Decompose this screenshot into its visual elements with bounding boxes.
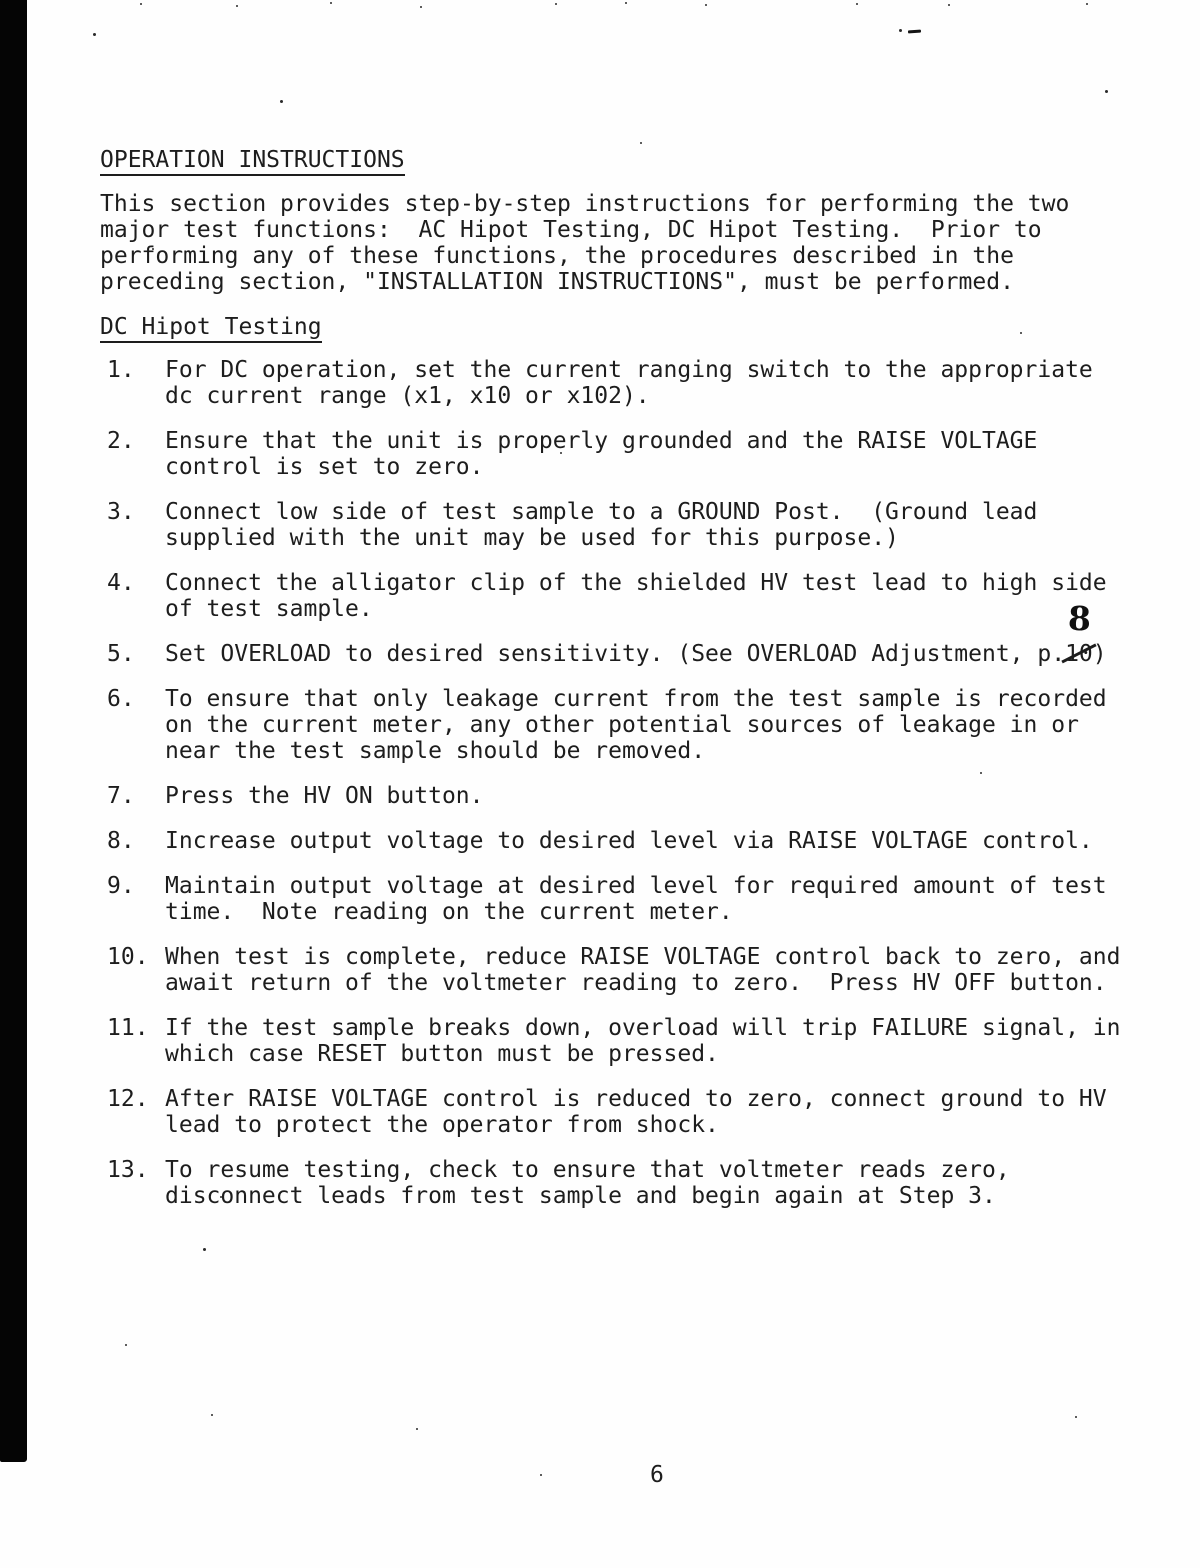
step-line: time. Note reading on the current meter. [165, 899, 1130, 925]
step-item: 8. Increase output voltage to desired le… [100, 828, 1130, 854]
step-number: 9. [100, 873, 165, 925]
step-line: control is set to zero. [165, 454, 1130, 480]
section-heading: DC Hipot Testing [100, 314, 1130, 343]
step-line-with-correction: Set OVERLOAD to desired sensitivity. (Se… [165, 641, 1130, 667]
step-text: Set OVERLOAD to desired sensitivity. (Se… [165, 641, 1130, 667]
step-line: Press the HV ON button. [165, 783, 1130, 809]
intro-paragraph: This section provides step-by-step instr… [100, 191, 1130, 295]
intro-line: performing any of these functions, the p… [100, 243, 1130, 269]
step-line: near the test sample should be removed. [165, 738, 1130, 764]
step-number: 3. [100, 499, 165, 551]
step-line: dc current range (x1, x10 or x102). [165, 383, 1130, 409]
step-line: disconnect leads from test sample and be… [165, 1183, 1130, 1209]
step-text: For DC operation, set the current rangin… [165, 357, 1130, 409]
step-item: 9. Maintain output voltage at desired le… [100, 873, 1130, 925]
step-text: Ensure that the unit is properly grounde… [165, 428, 1130, 480]
step-line: Ensure that the unit is properly grounde… [165, 428, 1130, 454]
handwritten-correction: 8 [1068, 602, 1092, 636]
step-number: 6. [100, 686, 165, 764]
scanned-document-page: { "page": { "number": "6", "paper_color"… [0, 0, 1200, 1568]
step-item: 11. If the test sample breaks down, over… [100, 1015, 1130, 1067]
struck-out-text: 108 [1065, 641, 1093, 667]
scan-artifact-left-bar [0, 0, 27, 1462]
step-line: Maintain output voltage at desired level… [165, 873, 1130, 899]
step-number: 10. [100, 944, 165, 996]
step-item: 13. To resume testing, check to ensure t… [100, 1157, 1130, 1209]
step-text: Connect low side of test sample to a GRO… [165, 499, 1130, 551]
step-item: 6. To ensure that only leakage current f… [100, 686, 1130, 764]
step-number: 1. [100, 357, 165, 409]
step-line: which case RESET button must be pressed. [165, 1041, 1130, 1067]
step-item: 12. After RAISE VOLTAGE control is reduc… [100, 1086, 1130, 1138]
step-line: on the current meter, any other potentia… [165, 712, 1130, 738]
intro-line: major test functions: AC Hipot Testing, … [100, 217, 1130, 243]
steps-list: 1. For DC operation, set the current ran… [100, 357, 1130, 1209]
step-line: After RAISE VOLTAGE control is reduced t… [165, 1086, 1130, 1112]
step-number: 11. [100, 1015, 165, 1067]
step-number: 2. [100, 428, 165, 480]
step-line: For DC operation, set the current rangin… [165, 357, 1130, 383]
step-item: 3. Connect low side of test sample to a … [100, 499, 1130, 551]
step-item: 7. Press the HV ON button. [100, 783, 1130, 809]
step-text: Maintain output voltage at desired level… [165, 873, 1130, 925]
step-item: 4. Connect the alligator clip of the shi… [100, 570, 1130, 622]
step-number: 13. [100, 1157, 165, 1209]
step-line: To ensure that only leakage current from… [165, 686, 1130, 712]
step-text: Increase output voltage to desired level… [165, 828, 1130, 854]
step-line: lead to protect the operator from shock. [165, 1112, 1130, 1138]
step-item: 10. When test is complete, reduce RAISE … [100, 944, 1130, 996]
step-number: 5. [100, 641, 165, 667]
intro-line: preceding section, "INSTALLATION INSTRUC… [100, 269, 1130, 295]
step-line: of test sample. [165, 596, 1130, 622]
step-line: Connect the alligator clip of the shield… [165, 570, 1130, 596]
step-text: When test is complete, reduce RAISE VOLT… [165, 944, 1130, 996]
page-number: 6 [650, 1462, 664, 1488]
step-text: Press the HV ON button. [165, 783, 1130, 809]
page-title-text: OPERATION INSTRUCTIONS [100, 147, 405, 176]
step-line: If the test sample breaks down, overload… [165, 1015, 1130, 1041]
step-text-prefix: Set OVERLOAD to desired sensitivity. (Se… [165, 641, 1065, 667]
step-item: 1. For DC operation, set the current ran… [100, 357, 1130, 409]
step-text: Connect the alligator clip of the shield… [165, 570, 1130, 622]
step-number: 4. [100, 570, 165, 622]
step-text: To ensure that only leakage current from… [165, 686, 1130, 764]
step-number: 8. [100, 828, 165, 854]
step-line: supplied with the unit may be used for t… [165, 525, 1130, 551]
step-item: 5. Set OVERLOAD to desired sensitivity. … [100, 641, 1130, 667]
step-item: 2. Ensure that the unit is properly grou… [100, 428, 1130, 480]
step-text: If the test sample breaks down, overload… [165, 1015, 1130, 1067]
page-title: OPERATION INSTRUCTIONS [100, 147, 1130, 176]
step-line: await return of the voltmeter reading to… [165, 970, 1130, 996]
intro-line: This section provides step-by-step instr… [100, 191, 1130, 217]
document-body: OPERATION INSTRUCTIONS This section prov… [100, 147, 1130, 1228]
step-number: 7. [100, 783, 165, 809]
step-line: When test is complete, reduce RAISE VOLT… [165, 944, 1130, 970]
step-line: To resume testing, check to ensure that … [165, 1157, 1130, 1183]
step-line: Increase output voltage to desired level… [165, 828, 1130, 854]
step-text: To resume testing, check to ensure that … [165, 1157, 1130, 1209]
step-line: Connect low side of test sample to a GRO… [165, 499, 1130, 525]
pen-dash-mark [908, 30, 921, 34]
step-text: After RAISE VOLTAGE control is reduced t… [165, 1086, 1130, 1138]
section-heading-text: DC Hipot Testing [100, 314, 322, 343]
step-number: 12. [100, 1086, 165, 1138]
